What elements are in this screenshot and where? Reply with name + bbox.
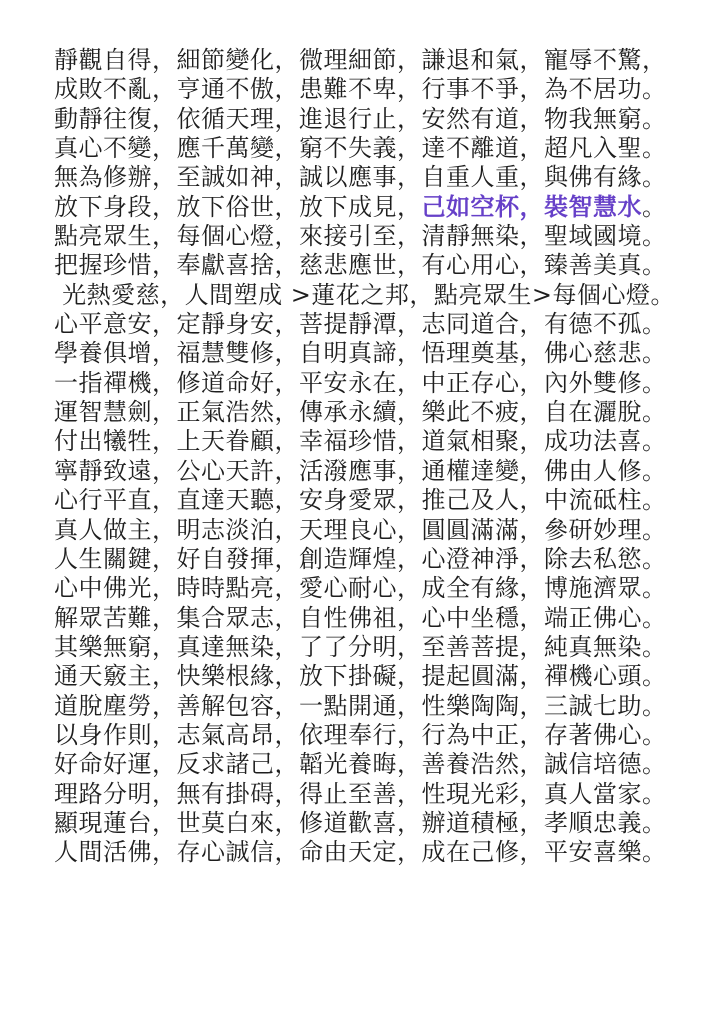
line-text: 光熱愛慈，人間塑成 >蓮花之邦，點亮眾生>每個心燈。 [54, 281, 675, 309]
text-line: 心行平直，直達天聽，安身愛眾，推己及人，中流砥柱。 [54, 485, 676, 514]
text-line: 好命好運，反求諸己，韜光養晦，善養浩然，誠信培德。 [54, 749, 676, 778]
text-line: 靜觀自得，細節變化，微理細節，謙退和氣，寵辱不驚， [54, 45, 676, 74]
text-block: 靜觀自得，細節變化，微理細節，謙退和氣，寵辱不驚， 成敗不亂，亨通不傲，患難不卑… [54, 45, 676, 867]
text-line: 放下身段，放下俗世，放下成見，己如空杯，裝智慧水。 [54, 192, 676, 221]
line-text: 無為修辦，至誠如神，誠以應事，自重人重，與佛有緣。 [54, 163, 667, 191]
text-line: 學養俱增，福慧雙修，自明真諦，悟理奠基，佛心慈悲。 [54, 338, 676, 367]
text-line: 心平意安，定靜身安，菩提靜潭，志同道合，有德不孤。 [54, 309, 676, 338]
text-line: 道脫塵勞，善解包容，一點開通，性樂陶陶，三誠七助。 [54, 691, 676, 720]
line-text: 成敗不亂，亨通不傲，患難不卑，行事不爭，為不居功。 [54, 75, 667, 103]
text-line: 心中佛光，時時點亮，愛心耐心，成全有緣，博施濟眾。 [54, 573, 676, 602]
line-text: 放下身段，放下俗世，放下成見， [54, 193, 422, 221]
text-line: 真心不變，應千萬變，窮不失義，達不離道，超凡入聖。 [54, 133, 676, 162]
line-text: 解眾苦難，集合眾志，自性佛祖，心中坐穩，端正佛心。 [54, 604, 667, 632]
line-text: 動靜往復，依循天理，進退行止，安然有道，物我無窮。 [54, 105, 667, 133]
text-line: 把握珍惜，奉獻喜捨，慈悲應世，有心用心，臻善美真。 [54, 250, 676, 279]
line-text: 付出犧牲，上天眷顧，幸福珍惜，道氣相聚，成功法喜。 [54, 427, 667, 455]
document-page: 靜觀自得，細節變化，微理細節，謙退和氣，寵辱不驚， 成敗不亂，亨通不傲，患難不卑… [0, 0, 724, 1023]
line-text: 一指禪機，修道命好，平安永在，中正存心，內外雙修。 [54, 369, 667, 397]
text-line: 人間活佛，存心誠信，命由天定，成在己修，平安喜樂。 [54, 837, 676, 866]
line-text: 道脫塵勞，善解包容，一點開通，性樂陶陶，三誠七助。 [54, 692, 667, 720]
line-text: 心行平直，直達天聽，安身愛眾，推己及人，中流砥柱。 [54, 486, 667, 514]
text-line: 其樂無窮，真達無染，了了分明，至善菩提，純真無染。 [54, 632, 676, 661]
line-text: 理路分明，無有掛碍，得止至善，性現光彩，真人當家。 [54, 780, 667, 808]
line-text: 好命好運，反求諸己，韜光養晦，善養浩然，誠信培德。 [54, 750, 667, 778]
text-line: 人生關鍵，好自發揮，創造輝煌，心澄神淨，除去私慾。 [54, 544, 676, 573]
line-text: 學養俱增，福慧雙修，自明真諦，悟理奠基，佛心慈悲。 [54, 339, 667, 367]
text-line: 真人做主，明志淡泊，天理良心，圓圓滿滿，參研妙理。 [54, 515, 676, 544]
text-line: 運智慧劍，正氣浩然，傳承永續，樂此不疲，自在灑脫。 [54, 397, 676, 426]
text-line: 一指禪機，修道命好，平安永在，中正存心，內外雙修。 [54, 368, 676, 397]
line-text: 人生關鍵，好自發揮，創造輝煌，心澄神淨，除去私慾。 [54, 545, 667, 573]
text-line: 理路分明，無有掛碍，得止至善，性現光彩，真人當家。 [54, 779, 676, 808]
text-line: 解眾苦難，集合眾志，自性佛祖，心中坐穩，端正佛心。 [54, 603, 676, 632]
line-text-after-accent: 。 [642, 193, 667, 221]
line-text: 把握珍惜，奉獻喜捨，慈悲應世，有心用心，臻善美真。 [54, 251, 667, 279]
line-text: 運智慧劍，正氣浩然，傳承永續，樂此不疲，自在灑脫。 [54, 398, 667, 426]
line-accent-text: 己如空杯，裝智慧水 [422, 192, 643, 221]
text-line: 付出犧牲，上天眷顧，幸福珍惜，道氣相聚，成功法喜。 [54, 426, 676, 455]
text-line: 動靜往復，依循天理，進退行止，安然有道，物我無窮。 [54, 104, 676, 133]
line-text: 點亮眾生，每個心燈，來接引至，清靜無染，聖域國境。 [54, 222, 667, 250]
text-line: 點亮眾生，每個心燈，來接引至，清靜無染，聖域國境。 [54, 221, 676, 250]
line-text: 人間活佛，存心誠信，命由天定，成在己修，平安喜樂。 [54, 838, 667, 866]
text-line: 光熱愛慈，人間塑成 >蓮花之邦，點亮眾生>每個心燈。 [54, 280, 676, 309]
line-text: 通天竅主，快樂根緣，放下掛礙，提起圓滿，禪機心頭。 [54, 662, 667, 690]
text-line: 顯現蓮台，世莫白來，修道歡喜，辦道積極，孝順忠義。 [54, 808, 676, 837]
text-line: 無為修辦，至誠如神，誠以應事，自重人重，與佛有緣。 [54, 162, 676, 191]
line-text: 真人做主，明志淡泊，天理良心，圓圓滿滿，參研妙理。 [54, 516, 667, 544]
text-line: 通天竅主，快樂根緣，放下掛礙，提起圓滿，禪機心頭。 [54, 661, 676, 690]
line-text: 寧靜致遠，公心天許，活潑應事，通權達變，佛由人修。 [54, 457, 667, 485]
line-text: 真心不變，應千萬變，窮不失義，達不離道，超凡入聖。 [54, 134, 667, 162]
text-line: 以身作則，志氣高昂，依理奉行，行為中正，存著佛心。 [54, 720, 676, 749]
line-text: 顯現蓮台，世莫白來，修道歡喜，辦道積極，孝順忠義。 [54, 809, 667, 837]
line-text: 以身作則，志氣高昂，依理奉行，行為中正，存著佛心。 [54, 721, 667, 749]
text-line: 寧靜致遠，公心天許，活潑應事，通權達變，佛由人修。 [54, 456, 676, 485]
line-text: 心中佛光，時時點亮，愛心耐心，成全有緣，博施濟眾。 [54, 574, 667, 602]
line-text: 其樂無窮，真達無染，了了分明，至善菩提，純真無染。 [54, 633, 667, 661]
line-text: 心平意安，定靜身安，菩提靜潭，志同道合，有德不孤。 [54, 310, 667, 338]
text-line: 成敗不亂，亨通不傲，患難不卑，行事不爭，為不居功。 [54, 74, 676, 103]
line-text: 靜觀自得，細節變化，微理細節，謙退和氣，寵辱不驚， [54, 46, 667, 74]
